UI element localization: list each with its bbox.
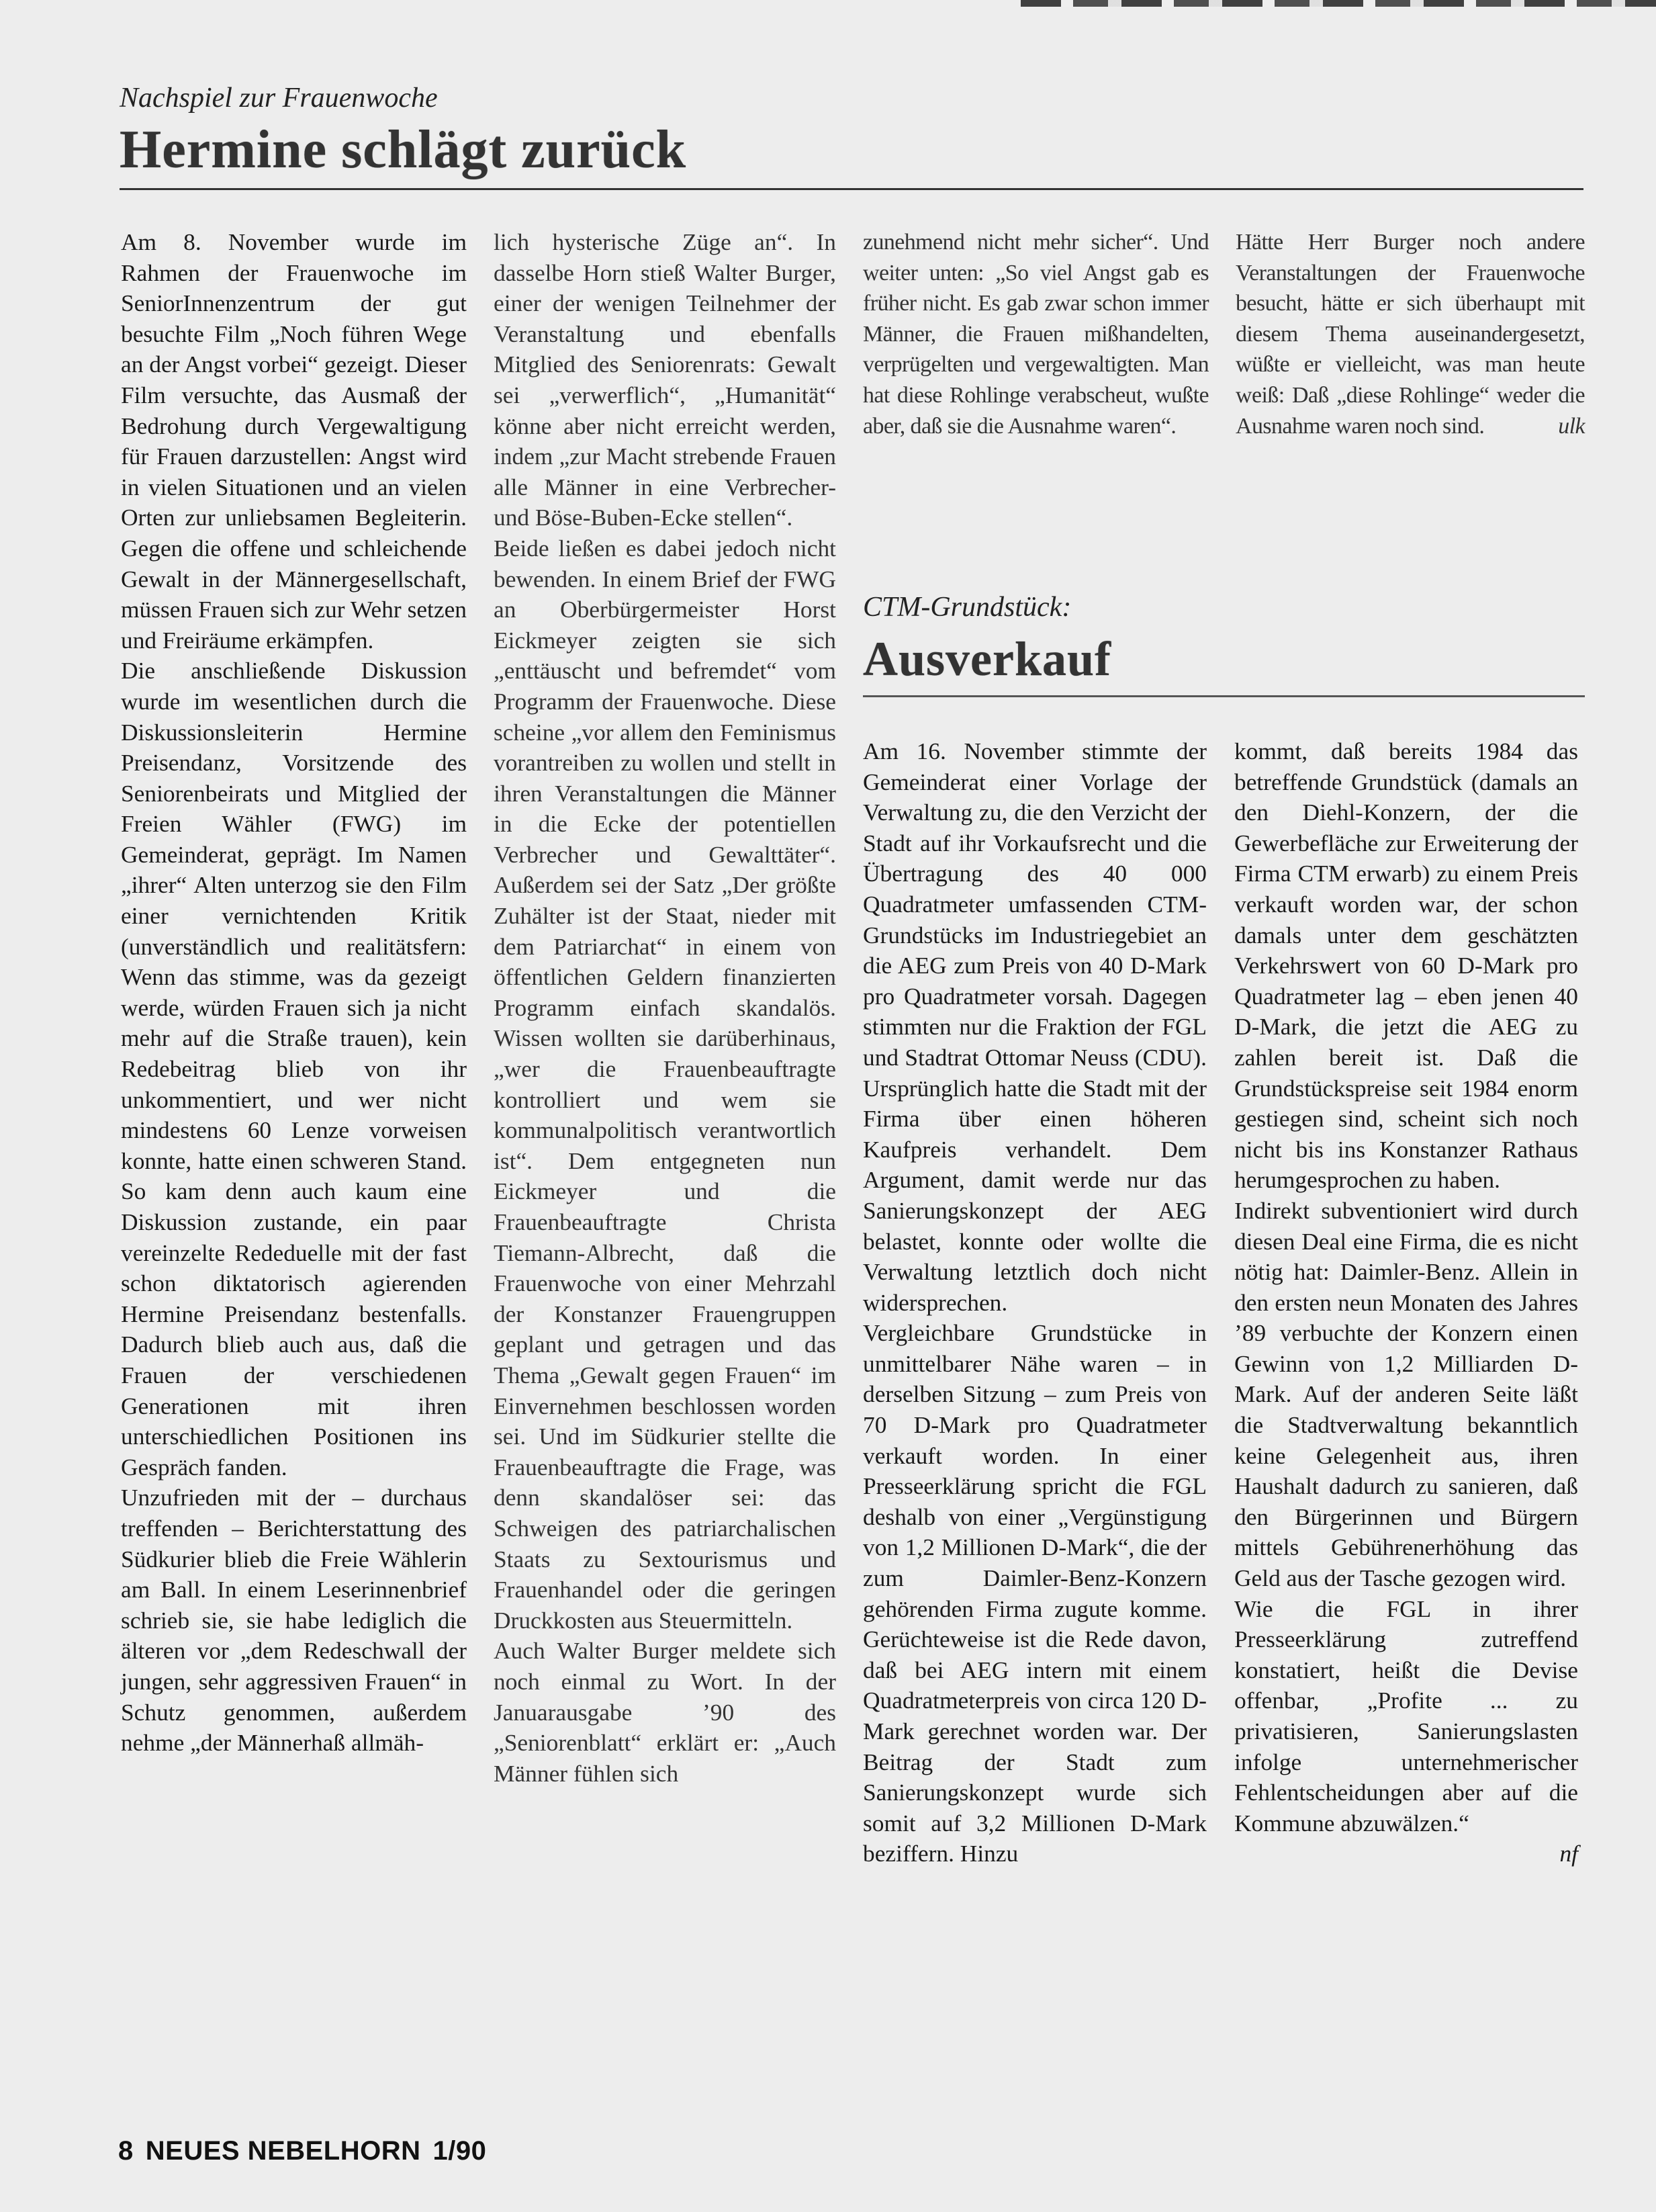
article1-column-1: Am 8. November wurde im Rahmen der Fraue… [121, 227, 467, 1759]
paragraph: Vergleichbare Grundstücke in unmittelbar… [863, 1318, 1207, 1869]
paragraph: zunehmend nicht mehr sicher“. Und weiter… [863, 227, 1209, 441]
paragraph: lich hysterische Züge an“. In dasselbe H… [494, 227, 836, 533]
article1-kicker: Nachspiel zur Frauenwoche [120, 82, 438, 114]
paragraph: Am 8. November wurde im Rahmen der Fraue… [121, 227, 467, 656]
author-signature: nf [1234, 1839, 1578, 1869]
article2-column-1: Am 16. November stimmte der Gemeinderat … [863, 736, 1207, 1869]
paragraph: Unzufrieden mit der – durchaus treffende… [121, 1483, 467, 1758]
article1-column-2: lich hysterische Züge an“. In dasselbe H… [494, 227, 836, 1789]
paragraph: Die anschließende Diskussion wurde im we… [121, 656, 467, 1483]
paragraph: Hätte Herr Burger noch andere Veranstalt… [1236, 227, 1585, 441]
paragraph: Am 16. November stimmte der Gemeinderat … [863, 736, 1207, 1318]
paragraph-text: Hätte Herr Burger noch andere Veranstalt… [1236, 230, 1585, 439]
page-footer: 8NEUES NEBELHORN1/90 [118, 2136, 498, 2166]
previous-page-bleed [1021, 0, 1656, 7]
article1-column-3: zunehmend nicht mehr sicher“. Und weiter… [863, 227, 1209, 441]
paragraph: Beide ließen es dabei jedoch nicht bewen… [494, 533, 836, 1636]
article2-kicker: CTM-Grundstück: [863, 591, 1071, 623]
article2-headline: Ausverkauf [863, 631, 1111, 687]
article1-headline: Hermine schlägt zurück [120, 120, 686, 181]
article1-rule [120, 188, 1583, 190]
article2-column-2: kommt, daß bereits 1984 das betreffende … [1234, 736, 1578, 1869]
article1-column-4: Hätte Herr Burger noch andere Veranstalt… [1236, 227, 1585, 441]
paragraph: Auch Walter Burger meldete sich noch ein… [494, 1636, 836, 1789]
paragraph: kommt, daß bereits 1984 das betreffende … [1234, 736, 1578, 1196]
author-signature: ulk [1558, 411, 1585, 442]
paragraph: Indirekt subventioniert wird durch diese… [1234, 1196, 1578, 1594]
page-number: 8 [118, 2136, 134, 2166]
publication-name: NEUES NEBELHORN [146, 2136, 421, 2166]
paragraph: Wie die FGL in ihrer Presseerklärung zut… [1234, 1594, 1578, 1839]
article2-rule [863, 695, 1585, 697]
issue-number: 1/90 [433, 2136, 487, 2166]
